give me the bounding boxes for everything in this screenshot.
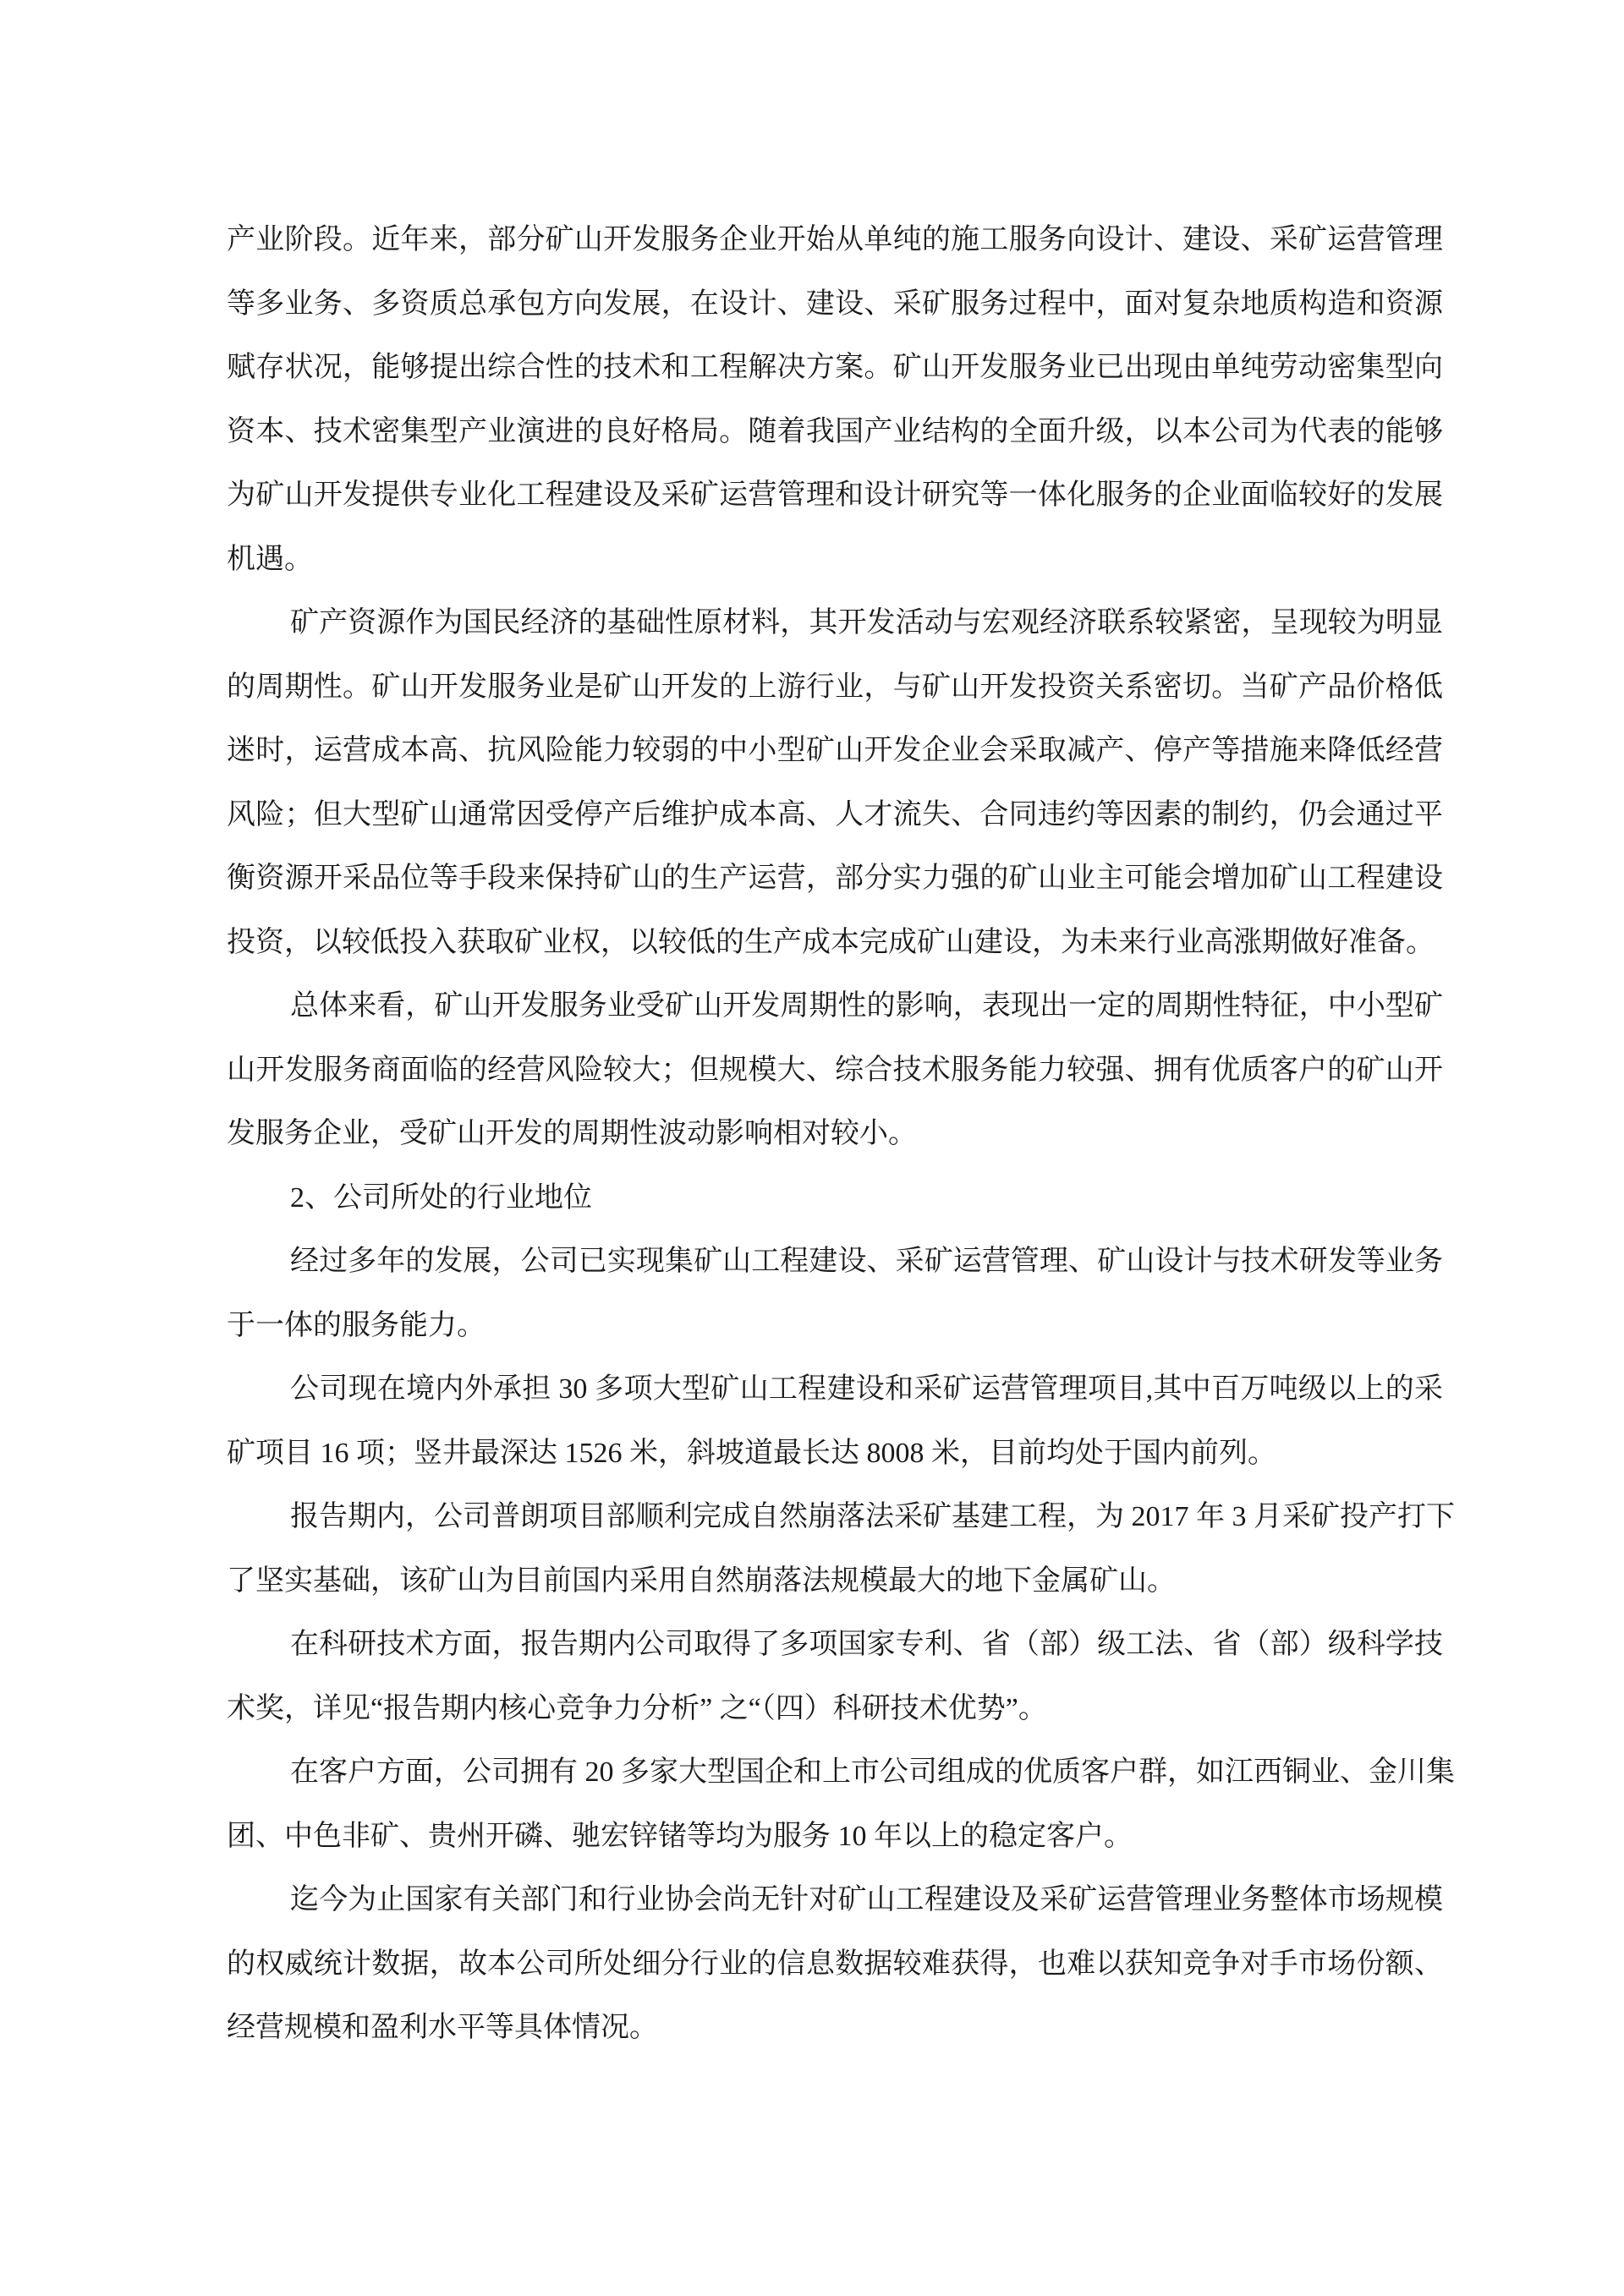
- text-line: 公司现在境内外承担 30 多项大型矿山工程建设和采矿运营管理项目,其中百万吨级以…: [227, 1357, 1443, 1422]
- text-line: 在客户方面，公司拥有 20 多家大型国企和上市公司组成的优质客户群，如江西铜业、…: [227, 1740, 1443, 1805]
- text-line: 为矿山开发提供专业化工程建设及采矿运营管理和设计研究等一体化服务的企业面临较好的…: [227, 463, 1443, 528]
- text-line: 报告期内，公司普朗项目部顺利完成自然崩落法采矿基建工程，为 2017 年 3 月…: [227, 1485, 1443, 1549]
- text-line: 迄今为止国家有关部门和行业协会尚无针对矿山工程建设及采矿运营管理业务整体市场规模: [227, 1868, 1443, 1932]
- text-line: 赋存状况，能够提出综合性的技术和工程解决方案。矿山开发服务业已出现由单纯劳动密集…: [227, 336, 1443, 400]
- text-line: 产业阶段。近年来，部分矿山开发服务企业开始从单纯的施工服务向设计、建设、采矿运营…: [227, 208, 1443, 272]
- section-heading-line: 2、公司所处的行业地位: [227, 1166, 1443, 1230]
- text-line: 矿项目 16 项；竖井最深达 1526 米，斜坡道最长达 8008 米，目前均处…: [227, 1422, 1443, 1486]
- text-line: 术奖，详见“报告期内核心竞争力分析” 之“（四）科研技术优势”。: [227, 1677, 1443, 1741]
- text-line: 在科研技术方面，报告期内公司取得了多项国家专利、省（部）级工法、省（部）级科学技: [227, 1613, 1443, 1677]
- text-line: 经营规模和盈利水平等具体情况。: [227, 1996, 1443, 2060]
- document-text-block: 产业阶段。近年来，部分矿山开发服务企业开始从单纯的施工服务向设计、建设、采矿运营…: [227, 208, 1443, 2060]
- text-line: 机遇。: [227, 528, 1443, 592]
- text-line: 于一体的服务能力。: [227, 1294, 1443, 1358]
- text-line: 的周期性。矿山开发服务业是矿山开发的上游行业，与矿山开发投资关系密切。当矿产品价…: [227, 655, 1443, 720]
- text-line: 总体来看，矿山开发服务业受矿山开发周期性的影响，表现出一定的周期性特征，中小型矿: [227, 974, 1443, 1038]
- text-line: 衡资源开采品位等手段来保持矿山的生产运营，部分实力强的矿山业主可能会增加矿山工程…: [227, 847, 1443, 911]
- text-line: 迷时，运营成本高、抗风险能力较弱的中小型矿山开发企业会采取减产、停产等措施来降低…: [227, 719, 1443, 783]
- text-line: 的权威统计数据，故本公司所处细分行业的信息数据较难获得，也难以获知竞争对手市场份…: [227, 1932, 1443, 1997]
- text-line: 了坚实基础，该矿山为目前国内采用自然崩落法规模最大的地下金属矿山。: [227, 1549, 1443, 1614]
- text-line: 风险；但大型矿山通常因受停产后维护成本高、人才流失、合同违约等因素的制约，仍会通…: [227, 783, 1443, 847]
- text-line: 投资，以较低投入获取矿业权，以较低的生产成本完成矿山建设，为未来行业高涨期做好准…: [227, 911, 1443, 975]
- text-line: 矿产资源作为国民经济的基础性原材料，其开发活动与宏观经济联系较紧密，呈现较为明显: [227, 591, 1443, 655]
- text-line: 经过多年的发展，公司已实现集矿山工程建设、采矿运营管理、矿山设计与技术研发等业务: [227, 1230, 1443, 1294]
- text-line: 团、中色非矿、贵州开磷、驰宏锌锗等均为服务 10 年以上的稳定客户。: [227, 1805, 1443, 1869]
- text-line: 资本、技术密集型产业演进的良好格局。随着我国产业结构的全面升级，以本公司为代表的…: [227, 400, 1443, 464]
- document-page: 产业阶段。近年来，部分矿山开发服务企业开始从单纯的施工服务向设计、建设、采矿运营…: [0, 0, 1624, 2296]
- text-line: 发服务企业，受矿山开发的周期性波动影响相对较小。: [227, 1102, 1443, 1166]
- text-line: 山开发服务商面临的经营风险较大；但规模大、综合技术服务能力较强、拥有优质客户的矿…: [227, 1038, 1443, 1103]
- text-line: 等多业务、多资质总承包方向发展，在设计、建设、采矿服务过程中，面对复杂地质构造和…: [227, 272, 1443, 337]
